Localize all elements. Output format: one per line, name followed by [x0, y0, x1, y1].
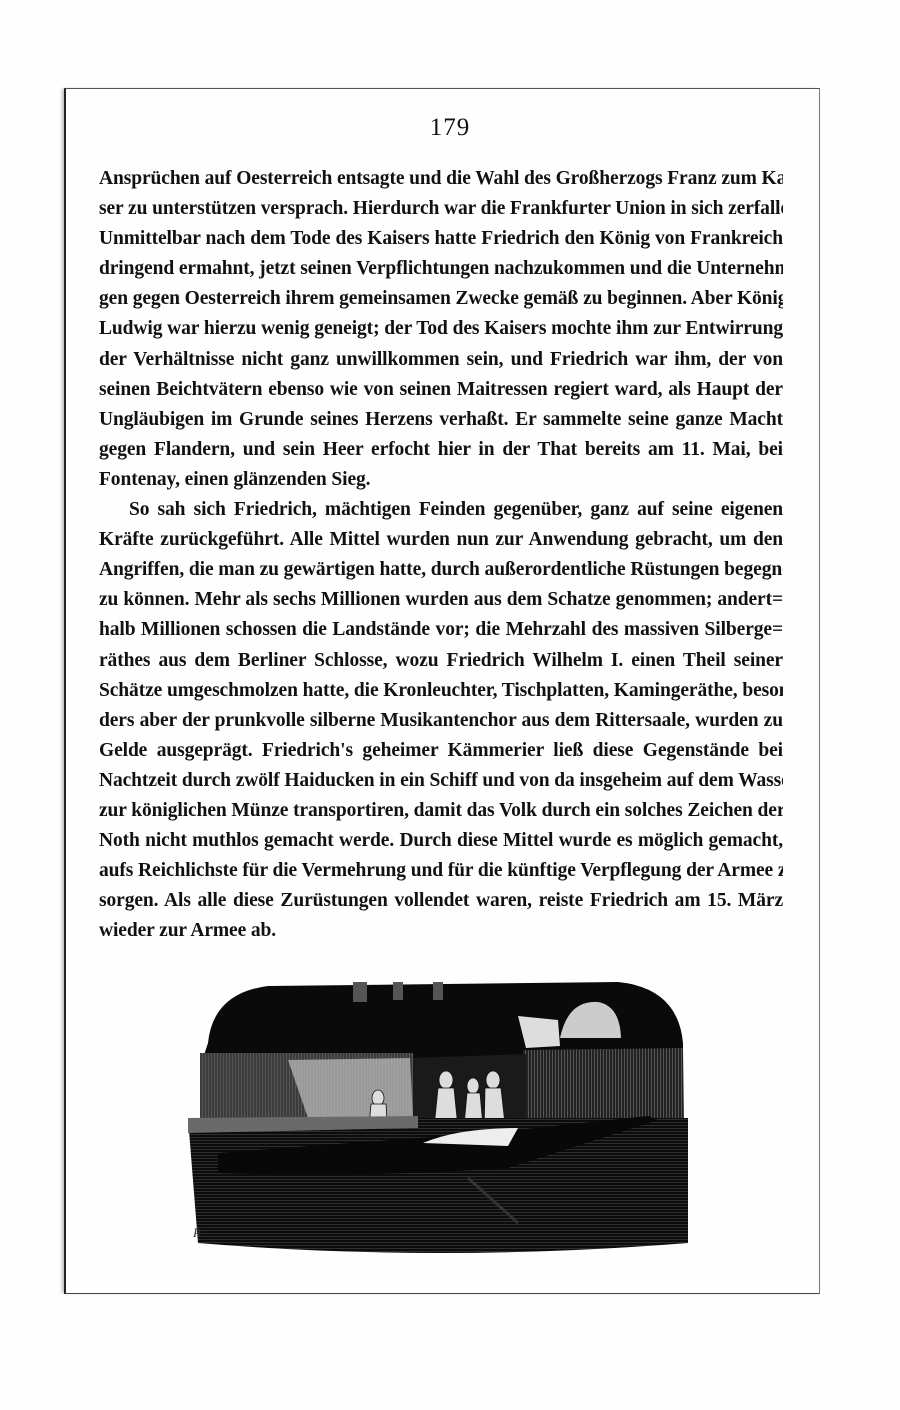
text-line: Ungläubigen im Grunde seines Herzens ver…: [99, 405, 783, 435]
text-line: dringend ermahnt, jetzt seinen Verpflich…: [99, 254, 783, 284]
text-line: Ludwig war hierzu wenig geneigt; der Tod…: [99, 314, 783, 344]
text-line: So sah sich Friedrich, mächtigen Feinden…: [99, 495, 783, 525]
text-line: Noth nicht muthlos gemacht werde. Durch …: [99, 826, 783, 856]
text-line: räthes aus dem Berliner Schlosse, wozu F…: [99, 646, 783, 676]
text-line: Nachtzeit durch zwölf Haiducken in ein S…: [99, 766, 783, 796]
text-line: aufs Reichlichste für die Vermehrung und…: [99, 856, 783, 886]
page-number: 179: [0, 114, 900, 142]
text-line: Kräfte zurückgeführt. Alle Mittel wurden…: [99, 525, 783, 555]
text-line: ser zu unterstützen versprach. Hierdurch…: [99, 194, 783, 224]
text-line: seinen Beichtvätern ebenso wie von seine…: [99, 375, 783, 405]
text-line: Gelde ausgeprägt. Friedrich's geheimer K…: [99, 736, 783, 766]
text-line: gen gegen Oesterreich ihrem gemeinsamen …: [99, 284, 783, 314]
text-line: Unmittelbar nach dem Tode des Kaisers ha…: [99, 224, 783, 254]
text-line: wieder zur Armee ab.: [99, 916, 783, 946]
text-line: halb Millionen schossen die Landstände v…: [99, 615, 783, 645]
text-line: Ansprüchen auf Oesterreich entsagte und …: [99, 164, 783, 194]
text-line: Angriffen, die man zu gewärtigen hatte, …: [99, 555, 783, 585]
text-line: zu können. Mehr als sechs Millionen wurd…: [99, 585, 783, 615]
body-text: Ansprüchen auf Oesterreich entsagte und …: [99, 164, 783, 946]
artist-monogram: R.: [193, 1225, 204, 1241]
text-line: sorgen. Als alle diese Zurüstungen volle…: [99, 886, 783, 916]
text-line: Fontenay, einen glänzenden Sieg.: [99, 465, 783, 495]
paragraph-1: Ansprüchen auf Oesterreich entsagte und …: [99, 164, 783, 495]
text-line: Schätze umgeschmolzen hatte, die Kronleu…: [99, 676, 783, 706]
engraving-illustration: [188, 968, 688, 1258]
text-line: ders aber der prunkvolle silberne Musika…: [99, 706, 783, 736]
paragraph-2: So sah sich Friedrich, mächtigen Feinden…: [99, 495, 783, 946]
text-line: zur königlichen Münze transportiren, dam…: [99, 796, 783, 826]
text-line: der Verhältnisse nicht ganz unwillkommen…: [99, 345, 783, 375]
text-line: gegen Flandern, und sein Heer erfocht hi…: [99, 435, 783, 465]
